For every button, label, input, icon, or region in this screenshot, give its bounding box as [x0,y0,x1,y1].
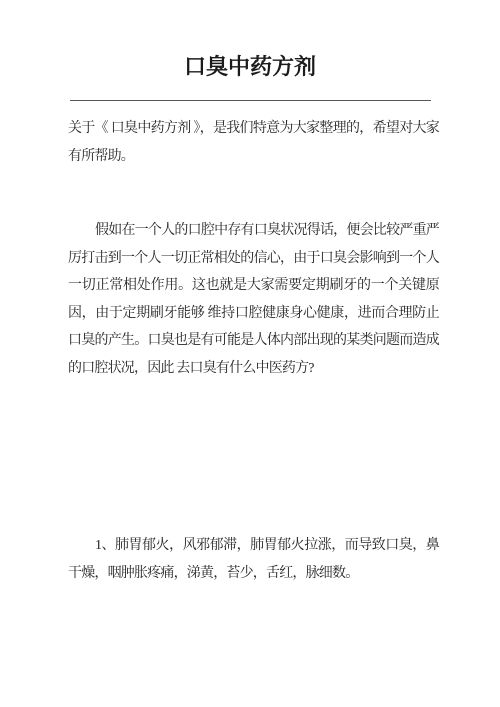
paragraph-body: 假如在一个人的口腔中存有口臭状况得话，便会比较严重严厉打击到一个人一切正常相处的… [68,217,439,382]
document-page: 口臭中药方剂 关于《 口臭中药方剂 》，是我们特意为大家整理的，希望对大家有所帮… [0,0,500,707]
title-divider [70,100,431,101]
document-title: 口臭中药方剂 [0,0,500,82]
paragraph-remedy-1: 1、肺胃郁火，风邪郁滞，肺胃郁火拉涨，而导致口臭，鼻干燥，咽肿胀疼痛，涕黄，苔少… [68,532,439,587]
paragraph-intro: 关于《 口臭中药方剂 》，是我们特意为大家整理的，希望对大家有所帮助。 [68,115,439,170]
